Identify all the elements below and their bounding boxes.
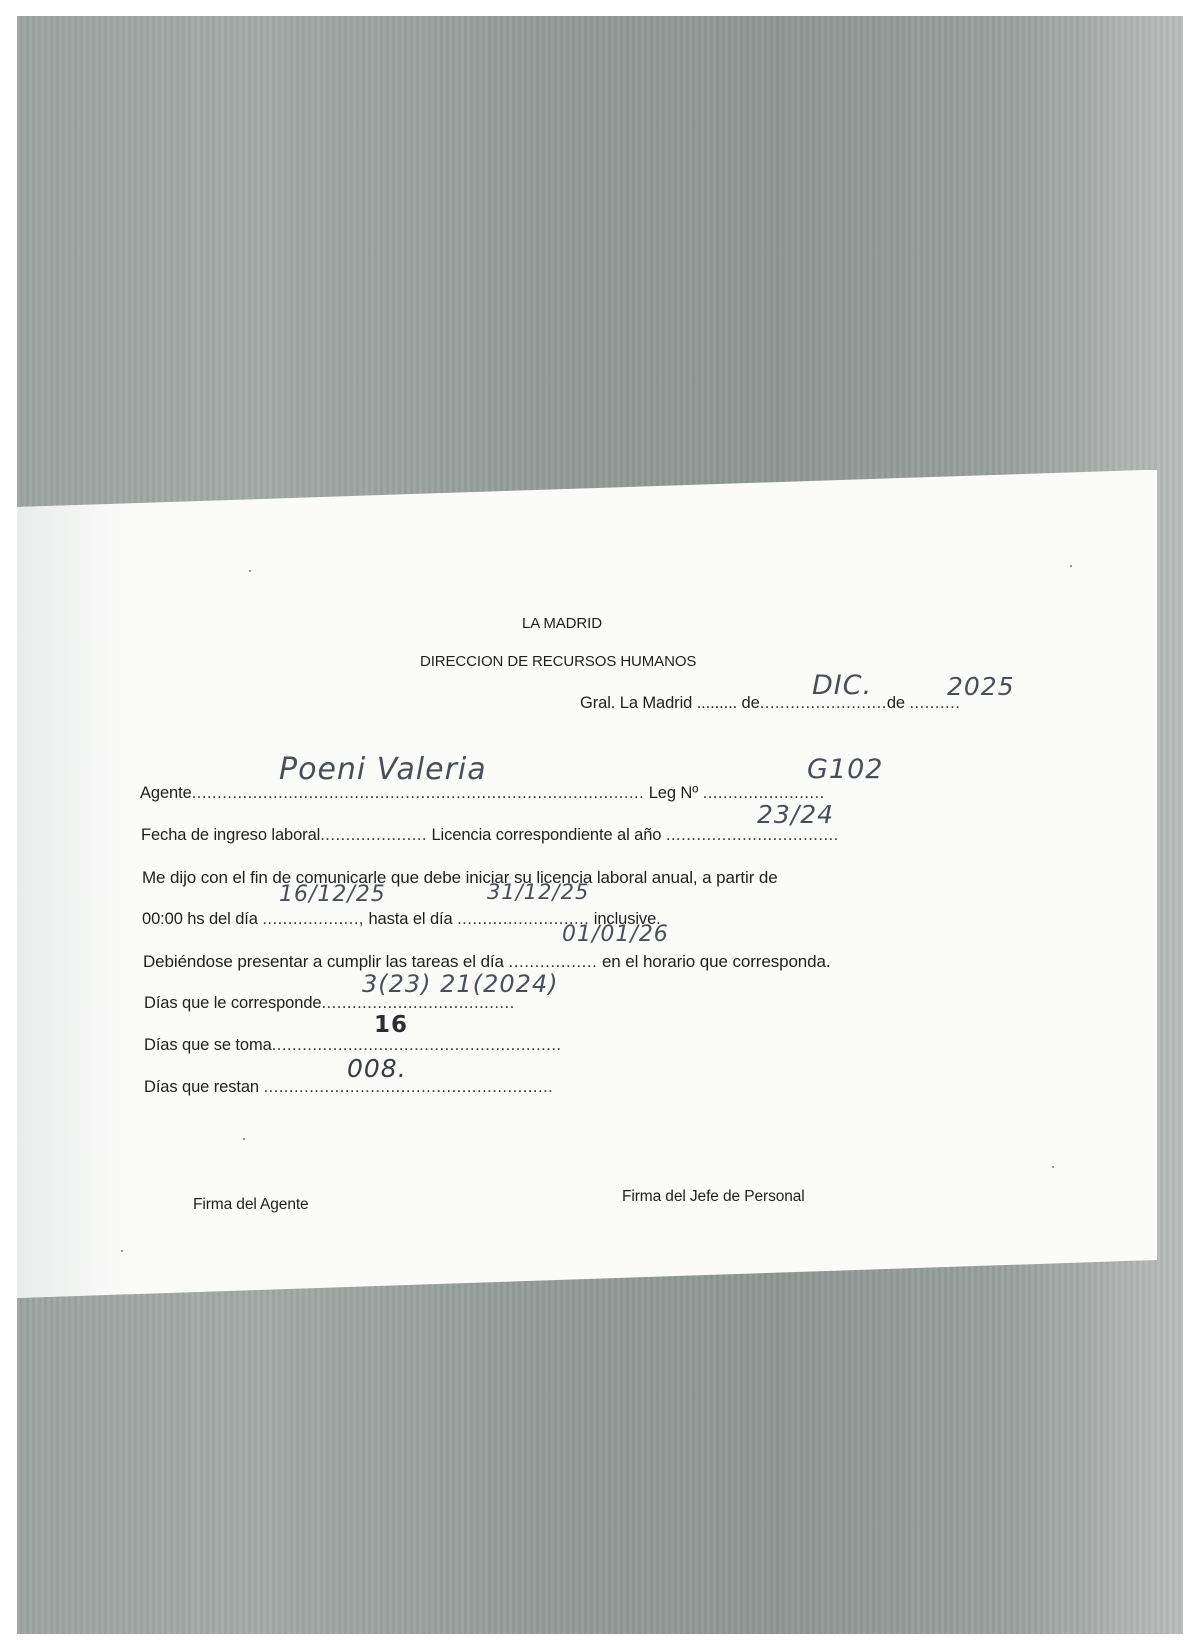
licencia-anio-label: Licencia correspondiente al año bbox=[431, 826, 661, 844]
handwritten-license-year: 23/24 bbox=[757, 800, 834, 829]
body-line-1: Me dijo con el fin de comunicarle que de… bbox=[142, 868, 778, 888]
handwritten-return-date: 01/01/26 bbox=[562, 922, 669, 947]
scan-speck bbox=[1070, 565, 1072, 567]
dias-toma-label: Días que se toma bbox=[144, 1036, 272, 1054]
signature-agent-label: Firma del Agente bbox=[193, 1196, 309, 1214]
dias-corresponde-label: Días que le corresponde bbox=[144, 994, 321, 1012]
start-dots: ..................., bbox=[262, 910, 364, 928]
department-heading: DIRECCION DE RECURSOS HUMANOS bbox=[420, 653, 696, 670]
handwritten-days-entitled: 3(23) 21(2024) bbox=[362, 970, 559, 998]
handwritten-year: 2025 bbox=[947, 672, 1015, 701]
dias-restan-dots: ........................................… bbox=[263, 1078, 553, 1096]
scan-speck bbox=[249, 570, 251, 572]
dias-toma-line: Días que se toma........................… bbox=[144, 1036, 562, 1055]
return-dots: ................. bbox=[509, 952, 598, 971]
return-prefix: Debiéndose presentar a cumplir las tarea… bbox=[143, 952, 504, 971]
handwritten-agent-name: Poeni Valeria bbox=[279, 752, 487, 787]
handwritten-legajo: G102 bbox=[807, 754, 883, 785]
handwritten-start-date: 16/12/25 bbox=[279, 882, 386, 907]
body-line-3: Debiéndose presentar a cumplir las tarea… bbox=[143, 952, 831, 972]
dias-restan-label: Días que restan bbox=[144, 1078, 259, 1096]
end-mid: hasta el día bbox=[368, 910, 452, 928]
handwritten-days-remaining: 008. bbox=[347, 1054, 407, 1083]
leave-notice-form: LA MADRID DIRECCION DE RECURSOS HUMANOS … bbox=[17, 470, 1157, 1300]
return-suffix: en el horario que corresponda. bbox=[602, 952, 831, 971]
fecha-ingreso-label: Fecha de ingreso laboral bbox=[141, 826, 320, 844]
scan-speck bbox=[1052, 1166, 1054, 1168]
date-prefix: Gral. La Madrid ......... de bbox=[580, 694, 760, 712]
signature-manager-label: Firma del Jefe de Personal bbox=[622, 1188, 805, 1206]
scan-speck bbox=[121, 1250, 123, 1252]
municipality-heading: LA MADRID bbox=[522, 615, 602, 632]
dias-toma-dots: ........................................… bbox=[272, 1036, 562, 1054]
legajo-label: Leg Nº bbox=[649, 784, 698, 802]
start-prefix: 00:00 hs del día bbox=[142, 910, 258, 928]
date-mid: de bbox=[887, 694, 905, 712]
fecha-ingreso-dots: ..................... bbox=[320, 826, 427, 844]
scan-speck bbox=[243, 1138, 245, 1140]
handwritten-month: DIC. bbox=[812, 670, 872, 701]
agente-label: Agente bbox=[140, 784, 192, 802]
handwritten-end-date: 31/12/25 bbox=[487, 880, 589, 904]
handwritten-days-taken: 16 bbox=[374, 1012, 408, 1038]
ingreso-line: Fecha de ingreso laboral................… bbox=[141, 826, 839, 845]
date-line: Gral. La Madrid ......... de............… bbox=[580, 694, 960, 713]
